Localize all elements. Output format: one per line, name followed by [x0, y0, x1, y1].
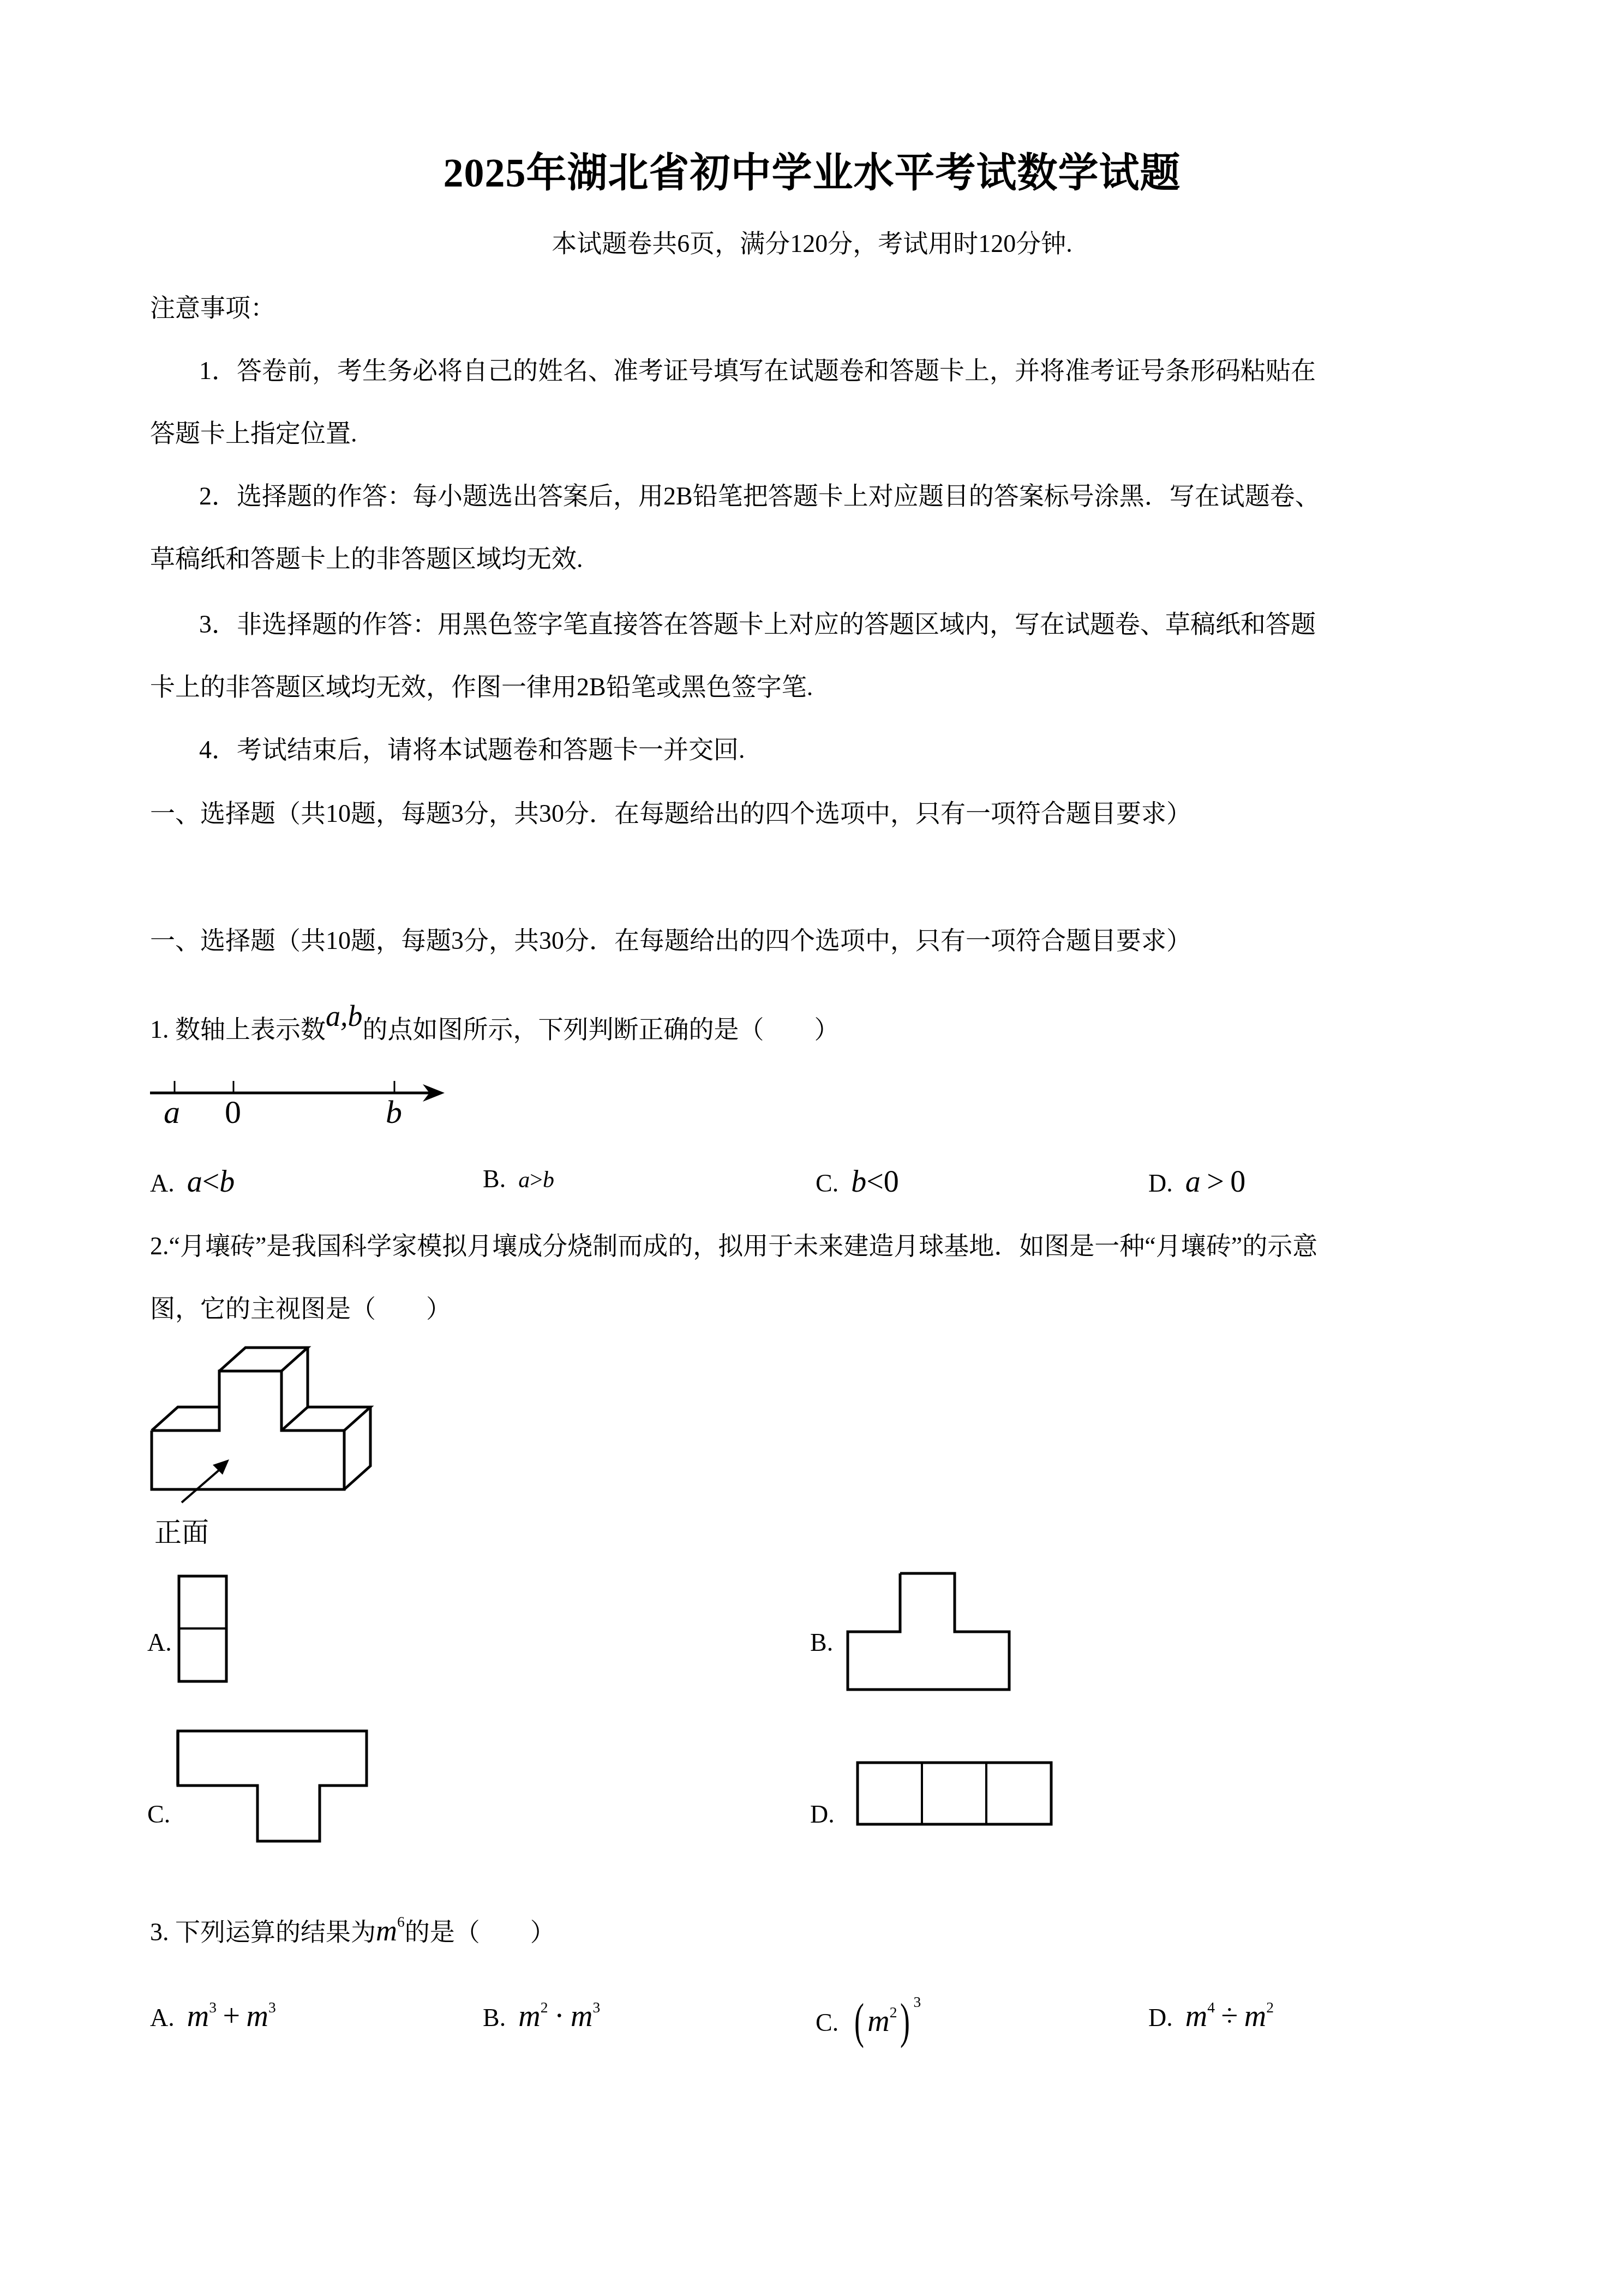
math-exponent: 3	[593, 1999, 601, 2016]
q1-option-d[interactable]: D. a > 0	[1148, 1164, 1245, 1199]
math-var: m	[571, 1999, 592, 2033]
q2-option-c-shape[interactable]	[176, 1718, 372, 1903]
stem-math: a,b	[326, 1000, 363, 1032]
question-3-stem: 3. 下列运算的结果为m6的是（ ）	[150, 1914, 555, 1949]
math-var: b	[219, 1165, 235, 1199]
q1-option-b[interactable]: B. a>b	[483, 1164, 554, 1193]
math-op: >	[530, 1168, 543, 1193]
section-header-2: 一、选择题（共10题，每题3分，共30分．在每题给出的四个选项中，只有一项符合题…	[150, 924, 1191, 957]
math-op: >	[1207, 1165, 1224, 1199]
number-line-label-b: b	[386, 1093, 402, 1131]
math-var: b	[543, 1168, 554, 1193]
q3-option-b[interactable]: B. m2 · m3	[483, 1999, 600, 2034]
q3-option-d[interactable]: D. m4 ÷ m2	[1148, 1999, 1274, 2034]
question-2-stem-line1: 2.“月壤砖”是我国科学家模拟月壤成分烧制而成的，拟用于未来建造月球基地．如图是…	[150, 1230, 1317, 1263]
exam-info: 本试题卷共6页，满分120分，考试用时120分钟.	[0, 224, 1624, 260]
math-exponent: 2	[541, 1999, 548, 2016]
math-exponent: 3	[268, 1999, 276, 2016]
q3-option-c[interactable]: C. (m2)3	[816, 1993, 921, 2049]
stem-text: 的是（ ）	[405, 1918, 555, 1946]
stem-text: 数轴上表示数	[175, 1015, 326, 1043]
stem-text: 下列运算的结果为	[175, 1918, 376, 1946]
q2-option-c-label[interactable]: C.	[147, 1800, 170, 1829]
option-label: C.	[816, 2009, 838, 2036]
math-var: m	[1185, 1999, 1207, 2033]
option-label: A.	[150, 2004, 175, 2031]
question-number: 3.	[150, 1918, 169, 1946]
math-op: ÷	[1221, 1999, 1238, 2033]
stem-text: 的点如图所示，下列判断正确的是（ ）	[363, 1015, 840, 1043]
math-op: <	[202, 1165, 220, 1199]
page-title: 2025年湖北省初中学业水平考试数学试题	[0, 141, 1624, 199]
math-exponent: 4	[1207, 1999, 1215, 2016]
math-exponent: 3	[209, 1999, 217, 2016]
math-outer-exponent: 3	[913, 1993, 921, 2010]
math-var: b	[851, 1165, 866, 1199]
left-paren: (	[854, 1993, 864, 2049]
right-paren: )	[900, 1993, 910, 2049]
question-2-stem-line2: 图，它的主视图是（ ）	[150, 1293, 451, 1325]
note-3-line2: 卡上的非答题区域均无效，作图一律用2B铅笔或黑色签字笔.	[150, 671, 813, 704]
option-label: B.	[483, 1165, 506, 1193]
number-line-figure	[147, 1069, 453, 1134]
number-line-label-0: 0	[225, 1093, 241, 1131]
q1-option-a[interactable]: A. a<b	[150, 1164, 235, 1199]
math-var: a	[1185, 1165, 1201, 1199]
q2-option-b-label[interactable]: B.	[810, 1628, 833, 1657]
number-line-label-a: a	[164, 1093, 180, 1131]
stem-text: “月壤砖”是我国科学家模拟月壤成分烧制而成的，拟用于未来建造月球基地．如图是一种…	[169, 1232, 1318, 1260]
q2-option-a-shape[interactable]	[178, 1573, 232, 1688]
q2-option-b-shape[interactable]	[846, 1571, 1026, 1696]
math-var: m	[247, 1999, 268, 2033]
notes-heading: 注意事项：	[150, 292, 275, 324]
math-exponent: 6	[397, 1913, 405, 1930]
note-2-line1: 2．选择题的作答：每小题选出答案后，用2B铅笔把答题卡上对应题目的答案标号涂黑．…	[199, 480, 1320, 513]
question-number: 1.	[150, 1015, 169, 1043]
option-label: D.	[1148, 1169, 1173, 1197]
q2-option-a-label[interactable]: A.	[147, 1628, 172, 1657]
q1-option-c[interactable]: C. b<0	[816, 1164, 899, 1199]
math-num: 0	[884, 1165, 899, 1199]
math-var: m	[376, 1914, 397, 1947]
math-exponent: 2	[890, 2004, 897, 2021]
question-number: 2.	[150, 1232, 169, 1260]
option-label: A.	[150, 1169, 175, 1197]
math-num: 0	[1230, 1165, 1245, 1199]
math-var: a	[187, 1165, 202, 1199]
math-op: ·	[554, 1999, 565, 2033]
q2-option-d-shape[interactable]	[856, 1762, 1058, 1832]
math-var: m	[867, 2004, 889, 2038]
note-1-line2: 答题卡上指定位置.	[150, 417, 357, 450]
math-var: a	[518, 1168, 530, 1193]
note-1-line1: 1．答卷前，考生务必将自己的姓名、准考证号填写在试题卷和答题卡上，并将准考证号条…	[199, 354, 1316, 387]
math-op: +	[223, 1999, 240, 2033]
option-label: C.	[816, 1169, 838, 1197]
q3-option-a[interactable]: A. m3 + m3	[150, 1999, 276, 2034]
front-label: 正面	[154, 1511, 209, 1550]
section-header-1: 一、选择题（共10题，每题3分，共30分．在每题给出的四个选项中，只有一项符合题…	[150, 797, 1191, 830]
math-var: m	[187, 1999, 209, 2033]
option-label: B.	[483, 2004, 506, 2031]
note-2-line2: 草稿纸和答题卡上的非答题区域均无效.	[150, 543, 583, 575]
math-op: <	[866, 1165, 884, 1199]
math-var: m	[518, 1999, 540, 2033]
math-exponent: 2	[1266, 1999, 1274, 2016]
q2-option-d-label[interactable]: D.	[810, 1800, 835, 1829]
option-label: D.	[1148, 2004, 1173, 2031]
note-3-line1: 3．非选择题的作答：用黑色签字笔直接答在答题卡上对应的答题区域内，写在试题卷、草…	[199, 608, 1316, 641]
math-var: m	[1244, 1999, 1266, 2033]
question-1-stem: 1. 数轴上表示数a,b的点如图所示，下列判断正确的是（ ）	[150, 1012, 840, 1046]
note-4: 4．考试结束后，请将本试题卷和答题卡一并交回.	[199, 734, 745, 766]
